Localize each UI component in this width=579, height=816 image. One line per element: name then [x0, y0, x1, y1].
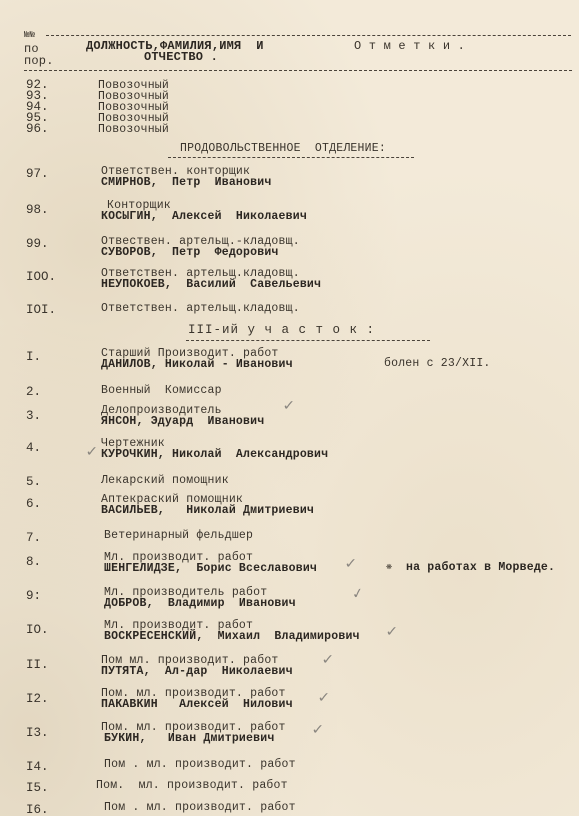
row-number: 7.	[26, 531, 41, 545]
row-name: КУРОЧКИН, Николай Александрович	[101, 449, 328, 460]
header-col-num-line2: пор.	[24, 56, 54, 67]
row-position: Пом . мл. производит. работ	[104, 759, 296, 770]
row-position: Ответствен. артельщ.кладовщ.	[101, 303, 300, 314]
handwritten-check-icon: ✓	[311, 722, 324, 738]
handwritten-check-icon: ✓	[317, 690, 330, 706]
row-position: Повозочный	[98, 124, 169, 135]
row-number: IO.	[26, 623, 49, 637]
header-num-sign: №№	[24, 30, 35, 41]
handwritten-check-icon: ✓	[344, 556, 357, 572]
row-name: БУКИН, Иван Дмитриевич	[104, 733, 274, 744]
row-number: I.	[26, 350, 41, 364]
handwritten-check-icon: ✓	[351, 585, 365, 603]
row-name: ДАНИЛОВ, Николай - Иванович	[101, 359, 293, 370]
row-position: Военный Комиссар	[101, 385, 222, 396]
row-position: Пом . мл. производит. работ	[104, 802, 296, 813]
row-number: 2.	[26, 385, 41, 399]
row-note: на работах в Морведе.	[406, 562, 555, 573]
row-position: Пом. мл. производит. работ	[96, 780, 288, 791]
section1-underline	[168, 157, 414, 158]
row-number: 5.	[26, 475, 41, 489]
row-number: 4.	[26, 441, 41, 455]
asterisk-mark-icon: ❋	[386, 562, 392, 573]
row-name: ВАСИЛЬЕВ, Николай Дмитриевич	[101, 505, 314, 516]
row-name: ВОСКРЕСЕНСКИЙ, Михаил Владимирович	[104, 631, 360, 642]
row-number: I4.	[26, 760, 49, 774]
row-number: 97.	[26, 167, 49, 181]
row-name: СУВОРОВ, Петр Федорович	[101, 247, 279, 258]
row-number: I5.	[26, 781, 49, 795]
row-number: 9:	[26, 589, 41, 603]
row-number: I2.	[26, 692, 49, 706]
row-name: НЕУПОКОЕВ, Василий Савельевич	[101, 279, 321, 290]
row-number: 99.	[26, 237, 49, 251]
row-name: КОСЫГИН, Алексей Николаевич	[101, 211, 307, 222]
handwritten-check-icon: ✓	[85, 444, 98, 460]
row-number: 3.	[26, 409, 41, 423]
row-note: болен с 23/XII.	[384, 358, 491, 369]
row-number: IOO.	[26, 270, 56, 284]
row-name: ЯНСОН, Эдуард Иванович	[101, 416, 264, 427]
row-number: 8.	[26, 555, 41, 569]
row-position: Ветеринарный фельдшер	[104, 530, 253, 541]
row-position: Лекарский помощник	[101, 475, 229, 486]
row-number: 96.	[26, 124, 49, 135]
section-title-third-district: III-ий у ч а с т о к :	[188, 325, 375, 336]
header-col-notes: О т м е т к и .	[354, 41, 465, 52]
row-number: I3.	[26, 726, 49, 740]
header-col-position-line2: ОТЧЕСТВО .	[144, 52, 218, 63]
handwritten-check-icon: ✓	[385, 624, 398, 640]
handwritten-check-icon: ✓	[321, 652, 334, 668]
row-number: IOI.	[26, 303, 56, 317]
row-name: ДОБРОВ, Владимир Иванович	[104, 598, 296, 609]
section-title-food-department: ПРОДОВОЛЬСТВЕННОЕ ОТДЕЛЕНИЕ:	[180, 143, 386, 154]
row-name: СМИРНОВ, Петр Иванович	[101, 177, 271, 188]
row-number: I6.	[26, 803, 49, 816]
header-top-rule	[46, 35, 571, 36]
row-number: II.	[26, 658, 49, 672]
row-name: ШЕНГЕЛИДЗЕ, Борис Всеславович	[104, 563, 317, 574]
section2-underline	[186, 340, 430, 341]
handwritten-check-icon: ✓	[282, 398, 295, 414]
header-bottom-rule	[24, 70, 572, 71]
row-name: ПУТЯТА, Ал-дар Николаевич	[101, 666, 293, 677]
row-number: 6.	[26, 497, 41, 511]
row-number: 98.	[26, 203, 49, 217]
typewritten-document-page: №№ по пор. ДОЛЖНОСТЬ,ФАМИЛИЯ,ИМЯ И ОТЧЕС…	[0, 0, 579, 816]
row-name: ПАКАВКИН Алексей Нилович	[101, 699, 293, 710]
